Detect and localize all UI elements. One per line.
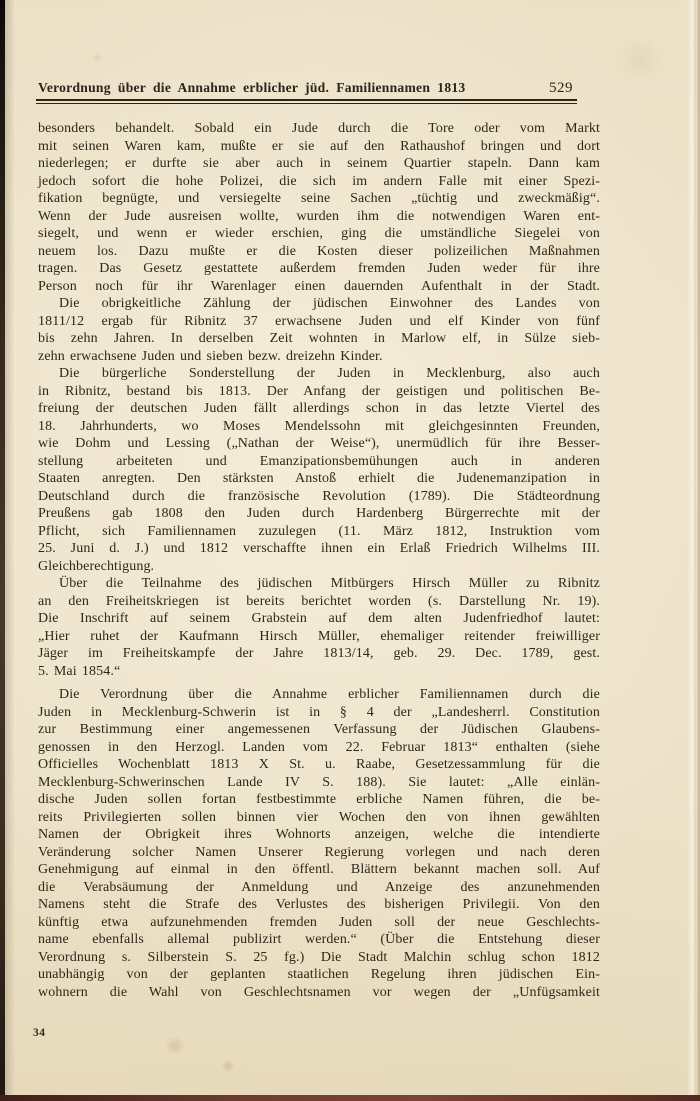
paragraph: besonders behandelt. Sobald ein Jude dur… — [38, 120, 600, 295]
text-line: Juden in Mecklenburg-Schwerin ist in § 4… — [38, 704, 600, 722]
text-line: niederlegen; er durfte sie aber auch in … — [38, 155, 600, 173]
text-line: besonders behandelt. Sobald ein Jude dur… — [38, 120, 600, 138]
paragraph: Die bürgerliche Sonderstellung der Juden… — [38, 365, 600, 575]
text-line: künftig etwa aufzunehmenden fremden Jude… — [38, 914, 600, 932]
header-rule-thin — [36, 103, 577, 104]
text-line: 5. Mai 1854.“ — [38, 663, 600, 681]
text-line: Person noch für ihr Warenlager einen dau… — [38, 278, 600, 296]
text-line: neuem los. Dazu mußte er die Kosten dies… — [38, 243, 600, 261]
paragraph: Über die Teilnahme des jüdischen Mitbürg… — [38, 575, 600, 680]
text-line: Deutschland durch die französische Revol… — [38, 488, 600, 506]
text-line: 25. Juni d. J.) und 1812 verschaffte ihn… — [38, 540, 600, 558]
text-line: mit seinen Waren kam, mußte er sie auf d… — [38, 138, 600, 156]
text-line: die Verabsäumung der Anmeldung und Anzei… — [38, 879, 600, 897]
text-line: reits Privilegierten sollen binnen vier … — [38, 809, 600, 827]
paragraph: Die Verordnung über die Annahme erbliche… — [38, 686, 600, 1001]
text-line: Die bürgerliche Sonderstellung der Juden… — [38, 365, 600, 383]
text-line: bis zehn Jahren. In derselben Zeit wohnt… — [38, 330, 600, 348]
scan-bottom-edge — [0, 1095, 700, 1101]
scan-left-edge-shadow — [5, 0, 15, 1101]
text-line: genossen in den Herzogl. Landen vom 22. … — [38, 739, 600, 757]
running-header: Verordnung über die Annahme erblicher jü… — [38, 80, 577, 97]
text-line: Mecklenburg-Schwerinschen Lande IV S. 18… — [38, 774, 600, 792]
header-rule-thick — [36, 99, 577, 101]
sheet-signature: 34 — [33, 1027, 46, 1039]
text-line: fikation begnügte, und versiegelte seine… — [38, 190, 600, 208]
text-line: wie Dohm und Lessing („Nathan der Weise“… — [38, 435, 600, 453]
paragraph: Die obrigkeitliche Zählung der jüdischen… — [38, 295, 600, 365]
text-line: Über die Teilnahme des jüdischen Mitbürg… — [38, 575, 600, 593]
text-line: siegelt, und wenn er wieder erschien, gi… — [38, 225, 600, 243]
text-block: besonders behandelt. Sobald ein Jude dur… — [38, 120, 600, 1001]
page-number: 529 — [549, 80, 577, 97]
text-line: Jäger im Freiheitskampfe der Jahre 1813/… — [38, 645, 600, 663]
text-line: in Ribnitz, bestand bis 1813. Der Anfang… — [38, 383, 600, 401]
text-line: Gleichberechtigung. — [38, 558, 600, 576]
text-line: Verordnung s. Silberstein S. 25 fg.) Die… — [38, 949, 600, 967]
text-line: Officielles Wochenblatt 1813 X St. u. Ra… — [38, 756, 600, 774]
text-line: Staaten anregten. Den stärksten Anstoß e… — [38, 470, 600, 488]
text-line: „Hier ruhet der Kaufmann Hirsch Müller, … — [38, 628, 600, 646]
text-line: name ebenfalls allemal publizirt werden.… — [38, 931, 600, 949]
text-line: unabhängig von der geplanten staatlichen… — [38, 966, 600, 984]
text-line: 18. Jahrhunderts, wo Moses Mendelssohn m… — [38, 418, 600, 436]
text-line: Die Verordnung über die Annahme erbliche… — [38, 686, 600, 704]
text-line: Wenn der Jude ausreisen wollte, wurden i… — [38, 208, 600, 226]
text-line: Die obrigkeitliche Zählung der jüdischen… — [38, 295, 600, 313]
text-line: Namens steht die Strafe des Verlustes de… — [38, 896, 600, 914]
text-line: jedoch sofort die hohe Polizei, die sich… — [38, 173, 600, 191]
text-line: freiung der deutschen Juden fällt allerd… — [38, 400, 600, 418]
text-line: dische Juden sollen fortan festbestimmte… — [38, 791, 600, 809]
text-line: Die Inschrift auf seinem Grabstein auf d… — [38, 610, 600, 628]
text-line: Namen der Obrigkeit ihres Wohnorts anzei… — [38, 826, 600, 844]
text-line: Pflicht, sich Familiennamen zuzulegen (1… — [38, 523, 600, 541]
text-line: wohnern die Wahl von Geschlechtsnamen vo… — [38, 984, 600, 1002]
text-line: Genehmigung auf einmal in den öffentl. B… — [38, 861, 600, 879]
text-line: zur Bestimmung einer angemessenen Verfas… — [38, 721, 600, 739]
text-line: an den Freiheitskriegen ist bereits beri… — [38, 593, 600, 611]
text-line: stellung arbeiteten und Emanzipationsbem… — [38, 453, 600, 471]
text-line: Preußens gab 1808 den Juden durch Harden… — [38, 505, 600, 523]
running-header-title: Verordnung über die Annahme erblicher jü… — [38, 80, 465, 96]
text-line: zehn erwachsene Juden und sieben bezw. d… — [38, 348, 600, 366]
text-line: Veränderung solcher Namen Unserer Regier… — [38, 844, 600, 862]
scan-right-highlight — [687, 0, 696, 1101]
text-line: tragen. Das Gesetz gestattete außerdem f… — [38, 260, 600, 278]
header-double-rule — [36, 99, 577, 104]
text-line: 1811/12 ergab für Ribnitz 37 erwachsene … — [38, 313, 600, 331]
